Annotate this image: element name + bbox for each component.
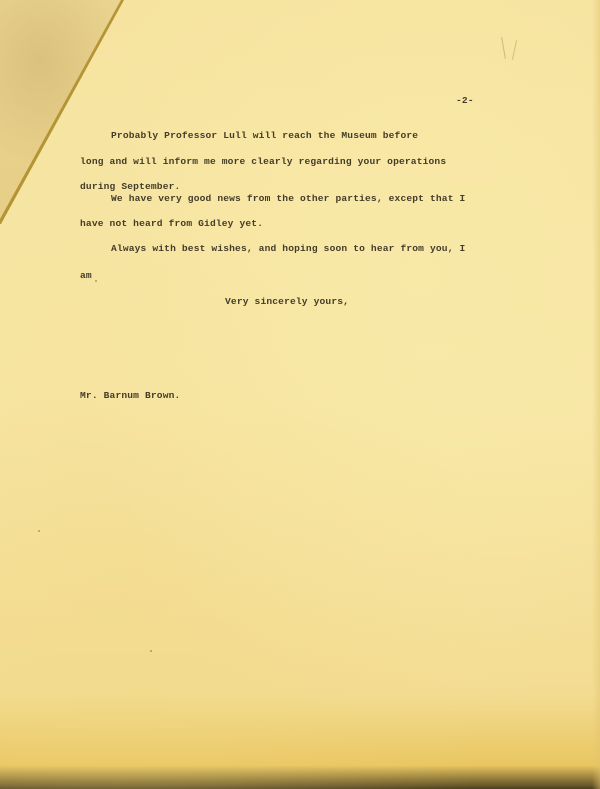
paper-edge [592, 0, 600, 789]
page-number: -2- [456, 96, 474, 106]
paper-speck [38, 530, 40, 532]
paragraph-2-line-2: have not heard from Gidley yet. [80, 219, 263, 229]
paper-speck [95, 280, 97, 282]
paper-speck [150, 650, 152, 652]
paragraph-1-line-3: during September. [80, 182, 180, 192]
paragraph-2-line-1: We have very good news from the other pa… [111, 194, 465, 204]
paragraph-3-line-1: Always with best wishes, and hoping soon… [111, 244, 465, 254]
paragraph-1-line-2: long and will inform me more clearly reg… [80, 157, 446, 167]
paragraph-3-line-2: am [80, 271, 92, 281]
paragraph-1-line-1: Probably Professor Lull will reach the M… [111, 131, 418, 141]
closing-salutation: Very sincerely yours, [225, 297, 349, 307]
addressee: Mr. Barnum Brown. [80, 391, 180, 401]
